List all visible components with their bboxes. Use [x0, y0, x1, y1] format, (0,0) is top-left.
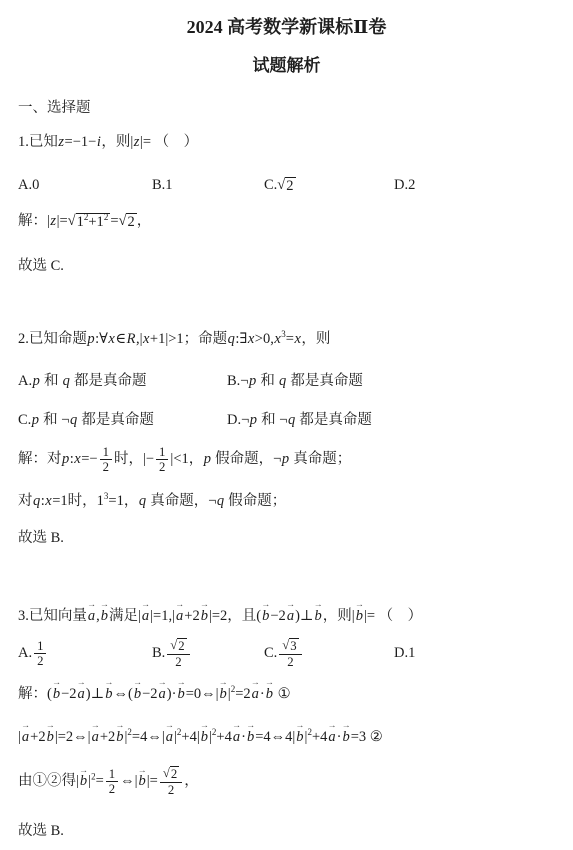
- question-1-answer: 故选 C.: [18, 257, 565, 276]
- question-3-solution-line-2: |a+2b|=2⇔|a+2b|2=4⇔|a|2+4|b|2+4a·b=4⇔4|b…: [18, 727, 565, 747]
- question-2-option-d: D.¬p 和 ¬q 都是真命题: [227, 411, 565, 430]
- question-2-option-a: A.p 和 q 都是真命题: [18, 372, 227, 391]
- question-3-solution-line-1: 解：(b−2a)⊥b⇔(b−2a)·b=0⇔|b|2=2a·b ①: [18, 684, 565, 704]
- question-1-stem: 1.已知z=−1−i，则|z|= （ ）: [18, 133, 565, 152]
- doc-subtitle: 试题解析: [0, 55, 573, 77]
- question-2-stem: 2.已知命题p:∀x∈R,|x+1|>1；命题q:∃x>0,x3=x，则: [18, 330, 565, 349]
- question-3-option-c: C.√32: [264, 638, 394, 670]
- question-2-option-c: C.p 和 ¬q 都是真命题: [18, 411, 227, 430]
- question-3-option-d: D.1: [394, 644, 565, 663]
- question-2-solution-line-2: 对q:x=1时，13=1，q 真命题，¬q 假命题；: [18, 492, 565, 511]
- question-1-options: A.0 B.1 C.√2 D.2: [18, 176, 565, 195]
- question-3-option-b: B.√22: [152, 638, 264, 670]
- question-3-answer: 故选 B.: [18, 822, 565, 841]
- question-1-option-a: A.0: [18, 176, 152, 195]
- document-page: 2024 高考数学新课标Ⅱ卷 试题解析 一、选择题 1.已知z=−1−i，则|z…: [0, 0, 573, 850]
- question-3-options: A.12 B.√22 C.√32 D.1: [18, 638, 565, 670]
- question-1-option-d: D.2: [394, 176, 565, 195]
- question-1-solution-line: 解：|z|=√12+12=√2，: [18, 212, 565, 231]
- question-2-answer: 故选 B.: [18, 529, 565, 548]
- question-2-option-b: B.¬p 和 q 都是真命题: [227, 372, 565, 391]
- section-heading: 一、选择题: [18, 99, 565, 118]
- doc-title: 2024 高考数学新课标Ⅱ卷: [0, 16, 573, 39]
- question-3-stem: 3.已知向量a,b满足|a|=1,|a+2b|=2，且(b−2a)⊥b，则|b|…: [18, 606, 565, 626]
- question-1-option-c: C.√2: [264, 176, 394, 195]
- question-3-solution-line-3: 由①②得|b|2=12⇔|b|=√22，: [18, 766, 565, 798]
- question-2-options-row-1: A.p 和 q 都是真命题 B.¬p 和 q 都是真命题: [18, 372, 565, 391]
- question-3-option-a: A.12: [18, 639, 152, 669]
- question-1-option-b: B.1: [152, 176, 264, 195]
- question-2-options-row-2: C.p 和 ¬q 都是真命题 D.¬p 和 ¬q 都是真命题: [18, 411, 565, 430]
- question-2-solution-line-1: 解：对p:x=−12时，|−12|<1，p 假命题，¬p 真命题；: [18, 445, 565, 475]
